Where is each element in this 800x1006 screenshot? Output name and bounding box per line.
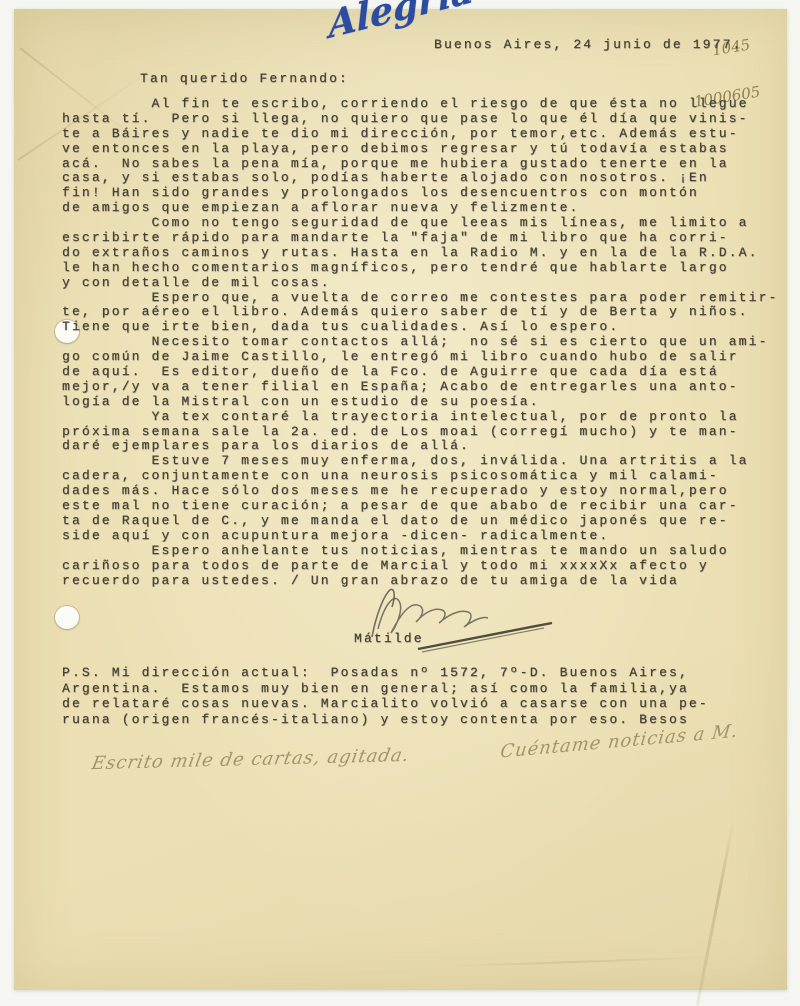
typed-line: de amigos que empiezan a aflorar nueva y…	[62, 201, 779, 216]
typed-line: fin! Han sido grandes y prolongados los …	[62, 186, 779, 201]
typed-line: de relataré cosas nuevas. Marcialito vol…	[62, 696, 709, 712]
typed-line: de aquí. Es editor, dueño de la Fco. de …	[62, 365, 779, 380]
typed-line: P.S. Mi dirección actual: Posadas nº 157…	[62, 665, 709, 681]
typed-line: logía de la Mistral con un estudio de su…	[62, 395, 779, 410]
typed-line: casa, y si estabas solo, podías haberte …	[62, 171, 779, 186]
typed-line: te, por aéreo el libro. Además quiero sa…	[62, 305, 779, 320]
typed-line: ta de Raquel de C., y me manda el dato d…	[62, 514, 779, 529]
typed-line: cadera, conjuntamente con una neurosis p…	[62, 469, 779, 484]
typed-line: próxima semana sale la 2a. ed. de Los mo…	[62, 425, 779, 440]
typed-line: Ya tex contaré la trayectoria intelectua…	[62, 410, 779, 425]
letter-page: Alegría 1045 1000605 Buenos Aires, 24 ju…	[14, 9, 787, 990]
typed-line: go común de Jaime Castillo, le entregó m…	[62, 350, 779, 365]
typed-line: este mal no tiene curación; a pesar de q…	[62, 499, 779, 514]
typed-line: y con detalle de mil cosas.	[62, 276, 779, 291]
letter-body: Al fin te escribo, corriendo el riesgo d…	[62, 97, 779, 588]
typed-signature: Mátilde	[354, 631, 424, 646]
typed-line: ruana (origen francés-italiano) y estoy …	[62, 712, 709, 728]
crease-mark	[444, 956, 704, 967]
typed-line: side aquí y con acupuntura mejora -dicen…	[62, 529, 779, 544]
typed-line: escribirte rápido para mandarte la "faja…	[62, 231, 779, 246]
typed-line: daré ejemplares para los diarios de allá…	[62, 439, 779, 454]
typed-line: Al fin te escribo, corriendo el riesgo d…	[62, 97, 779, 112]
punch-hole-bottom	[55, 606, 79, 629]
typed-line: Como no tengo seguridad de que leeas mis…	[62, 216, 779, 231]
typed-line: Espero que, a vuelta de correo me contes…	[62, 291, 779, 306]
typed-line: le han hecho comentarios magníficos, per…	[62, 261, 779, 276]
typed-line: Espero anhelante tus noticias, mientras …	[62, 544, 779, 559]
typed-line: acá. No sabes la pena mía, porque me hub…	[62, 157, 779, 172]
postscript: P.S. Mi dirección actual: Posadas nº 157…	[62, 665, 709, 727]
typed-line: dades más. Hace sólo dos meses me he rec…	[62, 484, 779, 499]
crease-mark	[696, 818, 735, 1005]
typed-line: te a Báires y nadie te dio mi dirección,…	[62, 127, 779, 142]
salutation: Tan querido Fernando:	[140, 71, 349, 86]
typed-line: Estuve 7 meses muy enferma, dos, inválid…	[62, 454, 779, 469]
typed-line: mejor,/y va a tener filial en España; Ac…	[62, 380, 779, 395]
typed-line: Necesito tomar contactos allá; no sé si …	[62, 335, 779, 350]
typed-line: cariñoso para todos de parte de Marcial …	[62, 559, 779, 574]
signature-block: Mátilde	[334, 585, 584, 665]
typed-line: Tiene que irte bien, dada tus cualidades…	[62, 320, 779, 335]
handwritten-note-left: Escrito mile de cartas, agitada.	[90, 745, 411, 774]
typed-line: ve entonces en la playa, pero debimos re…	[62, 142, 779, 157]
typed-line: Argentina. Estamos muy bien en general; …	[62, 681, 709, 697]
typed-line: do extraños caminos y rutas. Hasta en la…	[62, 246, 779, 261]
date-line: Buenos Aires, 24 junio de 1977.	[434, 37, 743, 52]
typed-line: hasta tí. Pero si llega, no quiero que p…	[62, 112, 779, 127]
handwritten-signature-scrawl	[334, 585, 584, 665]
